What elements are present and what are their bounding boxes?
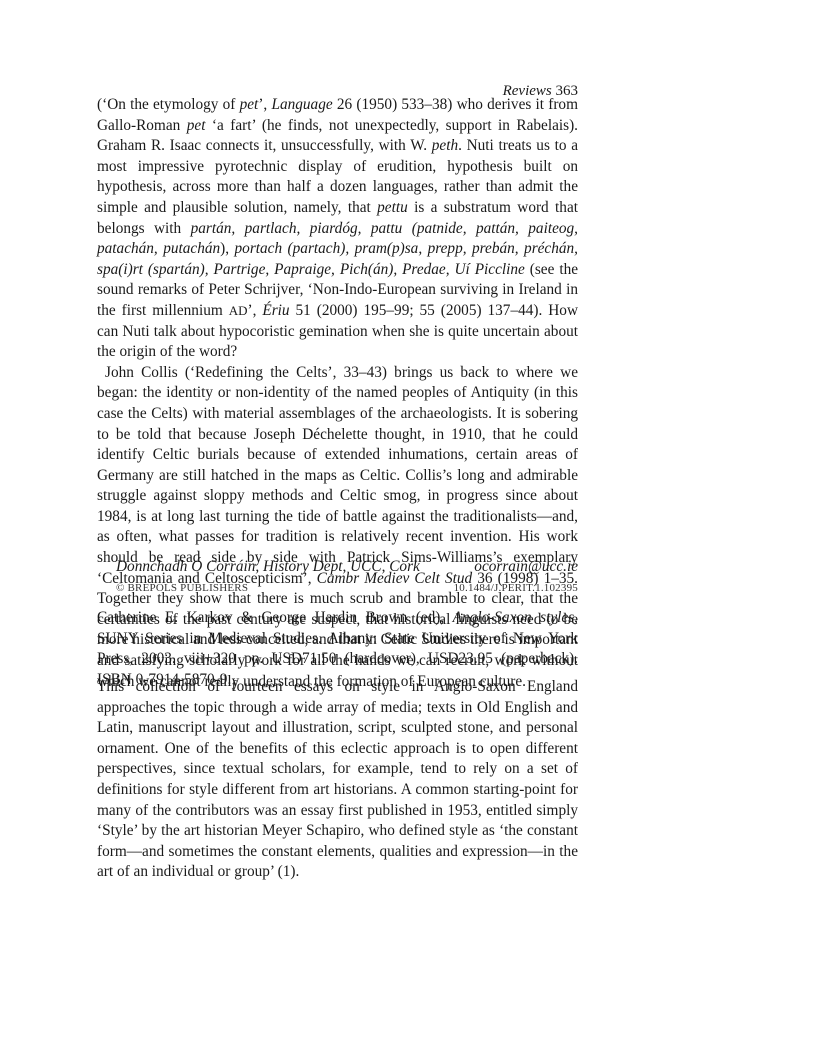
copyright-notice: © BREPOLS PUBLISHERS	[97, 581, 248, 595]
reviewer-signature: Donnchadh Ó Corráin, History Dept, UCC, …	[97, 557, 578, 577]
review-1-paragraph-1: (‘On the etymology of pet’, Language 26 …	[97, 95, 578, 363]
review-1-body: (‘On the etymology of pet’, Language 26 …	[97, 95, 578, 692]
review-2-body: This collection of fourteen essays on st…	[97, 677, 578, 883]
reviewer-name: Donnchadh Ó Corráin, History Dept, UCC, …	[97, 557, 420, 577]
doi[interactable]: 10.1484/J.PERIT.1.102395	[454, 581, 578, 595]
review-2-paragraph-1: This collection of fourteen essays on st…	[97, 677, 578, 883]
reviewer-email[interactable]: ocorrain@ucc.ie	[474, 557, 578, 577]
publication-meta: © BREPOLS PUBLISHERS 10.1484/J.PERIT.1.1…	[97, 581, 578, 595]
